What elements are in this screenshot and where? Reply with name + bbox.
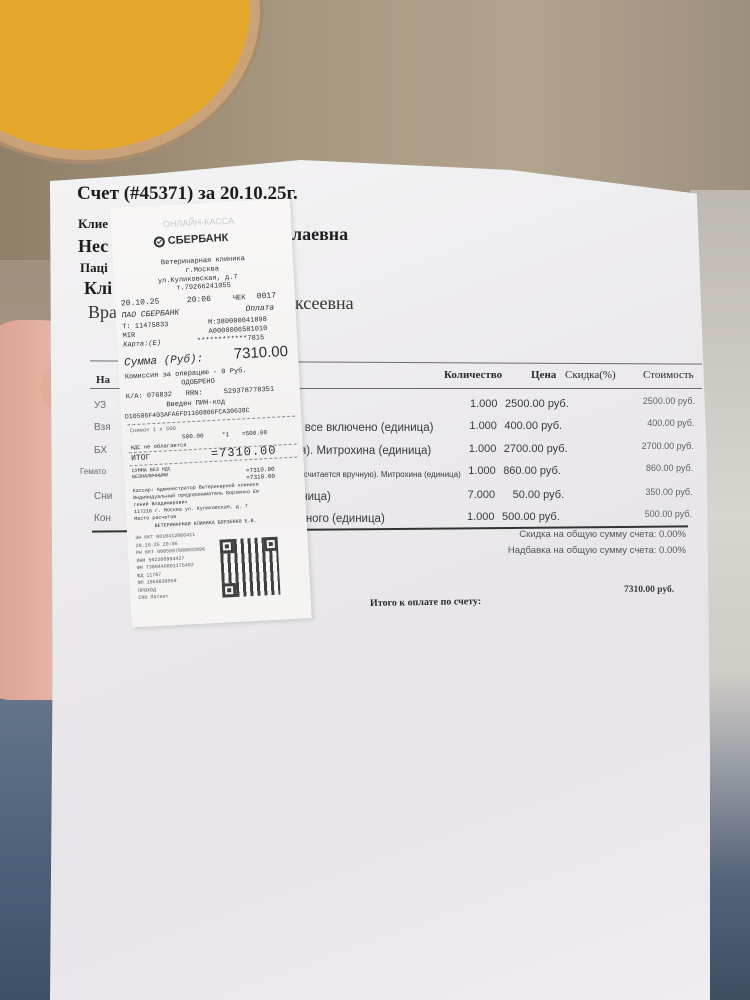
col-header-price: Цена	[531, 369, 556, 381]
receipt-date: 20.10.25	[121, 298, 160, 309]
receipt-auth: К/А: 076832	[126, 391, 173, 401]
discount-total: Скидка на общую сумму счета: 0.00%	[519, 529, 686, 540]
receipt-card-type: MIR	[123, 332, 136, 341]
row-price: 2700.00 руб.	[504, 443, 568, 455]
doctor-name-right: ексеевна	[287, 293, 354, 314]
col-header-cost: Стоимость	[643, 369, 694, 381]
receipt-sum-value: 7310.00	[233, 343, 288, 363]
receipt-fiscal-line: ФП 1953836059	[138, 578, 177, 586]
total-label: Итого к оплате по счету:	[370, 596, 481, 609]
row-price: 50.00 руб.	[513, 489, 565, 501]
receipt-rrn: 529378778351	[224, 386, 275, 397]
row-quantity: 1.000	[469, 420, 497, 432]
receipt-rrn-label: RRN:	[186, 389, 203, 398]
row-price: 2500.00 руб.	[505, 398, 569, 410]
patient-label: Паці	[80, 260, 108, 276]
col-header-quantity: Количество	[444, 369, 502, 381]
payment-receipt: ОНЛАЙН-КАССА СБЕРБАНК Ветеринарная клини…	[110, 199, 312, 628]
receipt-cashless-label: БЕЗНАЛИЧНЫМИ	[132, 472, 168, 480]
receipt-fiscal-line: ФД 11787	[137, 571, 161, 578]
qr-corner-tl	[220, 539, 235, 554]
receipt-total-label: ИТОГ	[131, 453, 151, 463]
receipt-item-price: 500.00	[182, 432, 204, 440]
qr-corner-bl	[222, 583, 237, 598]
col-header-discount: Скидка(%)	[565, 369, 616, 381]
receipt-sum-label: Сумма (Руб):	[124, 353, 204, 369]
total-value: 7310.00 руб.	[624, 585, 674, 595]
receipt-check-no: 0017	[257, 291, 277, 301]
receipt-check-label: ЧЕК	[233, 294, 246, 303]
row-quantity: 1.000	[470, 398, 498, 410]
row-cost: 2700.00 руб.	[584, 441, 694, 451]
row-name-right: ви), все включено (единица)	[282, 422, 433, 434]
row-name-left: Сни	[94, 491, 112, 502]
row-name-left: УЗ	[94, 400, 106, 411]
client-name-right: лаевна	[292, 224, 348, 245]
receipt-item-line: Снимок 1 х 500	[130, 425, 177, 434]
receipt-fiscal-line: ФН 7380440801175402	[137, 562, 194, 571]
receipt-operation: Оплата	[245, 304, 274, 314]
row-cost: 500.00 руб.	[582, 509, 692, 519]
row-name-left: Взя	[94, 422, 111, 433]
col-header-name: На	[96, 374, 110, 386]
qr-corner-tr	[263, 537, 278, 552]
row-cost: 350.00 руб.	[583, 487, 693, 497]
receipt-approved: ОДОБРЕНО	[181, 378, 215, 388]
receipt-fiscal-line: СНО Патент	[138, 593, 168, 601]
row-quantity: 1.000	[467, 511, 495, 523]
row-cost: 400.00 руб.	[584, 418, 694, 428]
row-cost: 2500.00 руб.	[585, 396, 695, 406]
markup-total: Надбавка на общую сумму счета: 0.00%	[508, 545, 686, 556]
receipt-place: Место расчетов	[134, 514, 176, 522]
receipt-terminal: Т: 11475833	[122, 321, 169, 331]
receipt-pin: Введен ПИН-код	[166, 398, 225, 409]
receipt-card-label: Карта:(E)	[123, 340, 161, 350]
row-price: 400.00 руб.	[504, 420, 562, 432]
receipt-time: 20:06	[187, 295, 211, 305]
row-quantity: 7.000	[468, 489, 496, 501]
receipt-faint-header: ОНЛАЙН-КАССА	[163, 216, 235, 230]
bank-logo: СБЕРБАНК	[154, 232, 229, 248]
clinic-label: Клі	[84, 278, 112, 299]
row-cost: 860.00 руб.	[583, 463, 693, 473]
receipt-fiscal-line: ПРИХОД	[138, 587, 156, 594]
receipt-cashless-value: =7310.00	[246, 473, 275, 481]
receipt-bank-full: ПАО СБЕРБАНК	[121, 309, 179, 321]
row-price: 860.00 руб.	[503, 465, 561, 477]
row-quantity: 1.000	[469, 443, 497, 455]
receipt-qr-code	[220, 537, 281, 598]
row-name-left: Кон	[94, 513, 111, 524]
receipt-phone: т.79266241055	[176, 282, 231, 293]
sber-check-icon	[154, 236, 166, 248]
client-name-left: Нес	[78, 236, 108, 257]
client-label: Клие	[78, 216, 108, 232]
receipt-fiscal-line: ЗН ККТ 0010412006411	[135, 532, 195, 541]
row-name-left: Гемато	[80, 467, 106, 476]
bank-name: СБЕРБАНК	[167, 232, 228, 247]
row-name-left: БХ	[94, 445, 107, 456]
doctor-label: Вра	[88, 302, 117, 323]
receipt-item-qty: *1	[222, 431, 230, 438]
row-quantity: 1.000	[468, 465, 496, 477]
row-name-right: мулу, считается вручную). Митрохина (еди…	[282, 470, 461, 479]
row-price: 500.00 руб.	[502, 511, 560, 523]
receipt-item-total: =500.00	[242, 429, 268, 437]
